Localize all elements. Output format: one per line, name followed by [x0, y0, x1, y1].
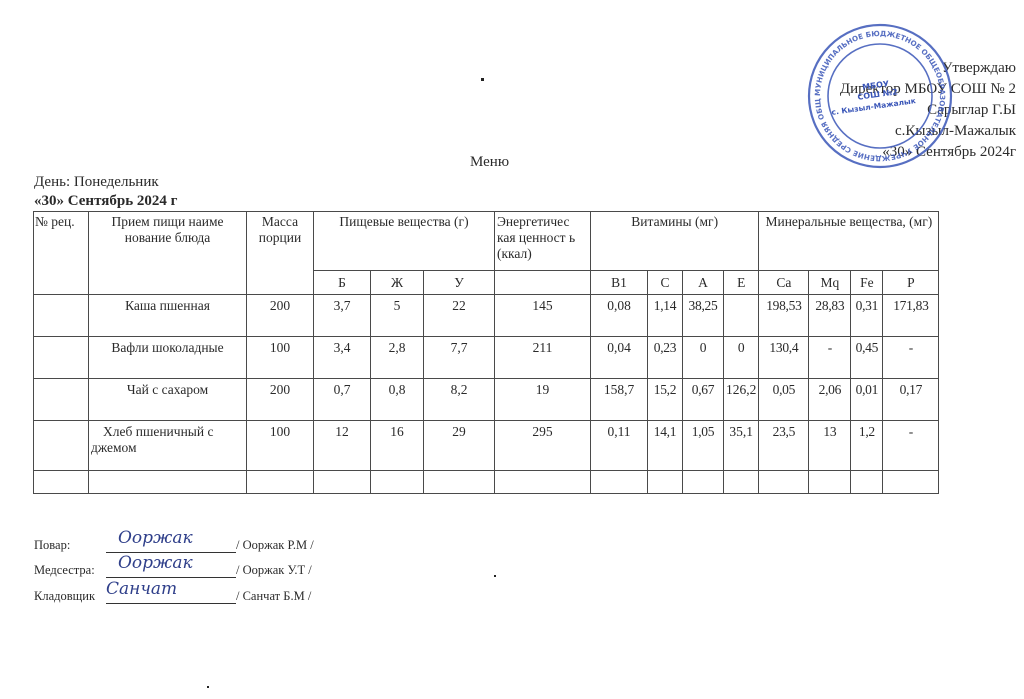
signature-role: Медсестра:	[34, 563, 95, 578]
cell-portion: 100	[247, 421, 314, 471]
stray-mark	[481, 78, 484, 81]
cell-e: 0	[724, 337, 759, 379]
day-label: День: Понедельник	[34, 174, 159, 191]
cell-e: 35,1	[724, 421, 759, 471]
cell-b1: 158,7	[591, 379, 648, 421]
cell-u: 7,7	[424, 337, 495, 379]
cell-a: 0,67	[683, 379, 724, 421]
cell-p: -	[883, 421, 939, 471]
cell-mq: 2,06	[809, 379, 851, 421]
cell-zh: 5	[371, 295, 424, 337]
header-energy: Энергетичес кая ценност ь (ккал)	[495, 212, 591, 271]
cell-ca: 130,4	[759, 337, 809, 379]
subheader-b1: B1	[591, 271, 648, 295]
subheader-a: A	[683, 271, 724, 295]
menu-title: Меню	[470, 154, 509, 171]
table-row: Чай с сахаром2000,70,88,219158,715,20,67…	[34, 379, 939, 421]
header-minerals: Минеральные вещества, (мг)	[759, 212, 939, 271]
table-row-empty	[34, 471, 939, 494]
cell-ca: 0,05	[759, 379, 809, 421]
subheader-u: У	[424, 271, 495, 295]
cell-fe: 1,2	[851, 421, 883, 471]
cell-dish: Чай с сахаром	[89, 379, 247, 421]
subheader-mq: Mq	[809, 271, 851, 295]
cell-portion: 200	[247, 379, 314, 421]
cell-zh: 2,8	[371, 337, 424, 379]
signature-role: Кладовщик	[34, 589, 95, 604]
cell-b1: 0,11	[591, 421, 648, 471]
cell-b: 3,4	[314, 337, 371, 379]
cell-u: 8,2	[424, 379, 495, 421]
cell-mq: -	[809, 337, 851, 379]
cell-a: 1,05	[683, 421, 724, 471]
cell-portion: 200	[247, 295, 314, 337]
cell-fe: 0,01	[851, 379, 883, 421]
cell-dish: Хлеб пшеничный с джемом	[89, 421, 247, 471]
cell-dish: Вафли шоколадные	[89, 337, 247, 379]
cell-mq: 13	[809, 421, 851, 471]
cell-u: 22	[424, 295, 495, 337]
cell-b1: 0,04	[591, 337, 648, 379]
signature-name: / Ооржак Р.М /	[236, 538, 314, 553]
stray-mark	[494, 575, 496, 577]
cell-p: 171,83	[883, 295, 939, 337]
table-row: Хлеб пшеничный с джемом1001216292950,111…	[34, 421, 939, 471]
cell-c: 0,23	[648, 337, 683, 379]
header-recipe-no: № рец.	[34, 212, 89, 295]
subheader-zh: Ж	[371, 271, 424, 295]
cell-b: 3,7	[314, 295, 371, 337]
cell-energy: 19	[495, 379, 591, 421]
cell-mq: 28,83	[809, 295, 851, 337]
table-row: Каша пшенная2003,75221450,081,1438,25198…	[34, 295, 939, 337]
cell-energy: 295	[495, 421, 591, 471]
cell-u: 29	[424, 421, 495, 471]
cell-e: 126,2	[724, 379, 759, 421]
subheader-b: Б	[314, 271, 371, 295]
subheader-e: E	[724, 271, 759, 295]
cell-c: 14,1	[648, 421, 683, 471]
cell-a: 0	[683, 337, 724, 379]
subheader-ca: Ca	[759, 271, 809, 295]
signature-name: / Ооржак У.Т /	[236, 563, 312, 578]
table-row: Вафли шоколадные1003,42,87,72110,040,230…	[34, 337, 939, 379]
cell-fe: 0,31	[851, 295, 883, 337]
cell-zh: 16	[371, 421, 424, 471]
cell-c: 15,2	[648, 379, 683, 421]
cell-recipe-no	[34, 337, 89, 379]
date-label: «30» Сентябрь 2024 г	[34, 193, 177, 210]
cell-a: 38,25	[683, 295, 724, 337]
menu-table: № рец. Прием пищи наиме нование блюда Ма…	[33, 211, 939, 494]
cell-zh: 0,8	[371, 379, 424, 421]
cell-b1: 0,08	[591, 295, 648, 337]
subheader-energy-empty	[495, 271, 591, 295]
cell-e	[724, 295, 759, 337]
cell-portion: 100	[247, 337, 314, 379]
cell-c: 1,14	[648, 295, 683, 337]
handwritten-signature: Ооржак	[118, 553, 193, 573]
signature-role: Повар:	[34, 538, 70, 553]
handwritten-signature: Ооржак	[118, 528, 193, 548]
official-stamp-icon: МУНИЦИПАЛЬНОЕ БЮДЖЕТНОЕ ОБЩЕОБРАЗОВАТЕЛЬ…	[806, 22, 954, 170]
cell-recipe-no	[34, 379, 89, 421]
stray-mark	[207, 686, 209, 688]
signature-name: / Санчат Б.М /	[236, 589, 311, 604]
header-row: № рец. Прием пищи наиме нование блюда Ма…	[34, 212, 939, 271]
subheader-p: P	[883, 271, 939, 295]
cell-ca: 23,5	[759, 421, 809, 471]
header-nutrients: Пищевые вещества (г)	[314, 212, 495, 271]
cell-recipe-no	[34, 421, 89, 471]
cell-b: 12	[314, 421, 371, 471]
cell-fe: 0,45	[851, 337, 883, 379]
cell-energy: 211	[495, 337, 591, 379]
subheader-c: C	[648, 271, 683, 295]
cell-dish: Каша пшенная	[89, 295, 247, 337]
cell-recipe-no	[34, 295, 89, 337]
cell-p: -	[883, 337, 939, 379]
subheader-fe: Fe	[851, 271, 883, 295]
header-vitamins: Витамины (мг)	[591, 212, 759, 271]
cell-b: 0,7	[314, 379, 371, 421]
handwritten-signature: Санчат	[106, 579, 177, 599]
header-dish: Прием пищи наиме нование блюда	[89, 212, 247, 295]
cell-p: 0,17	[883, 379, 939, 421]
cell-ca: 198,53	[759, 295, 809, 337]
header-portion: Масса порции	[247, 212, 314, 295]
cell-energy: 145	[495, 295, 591, 337]
